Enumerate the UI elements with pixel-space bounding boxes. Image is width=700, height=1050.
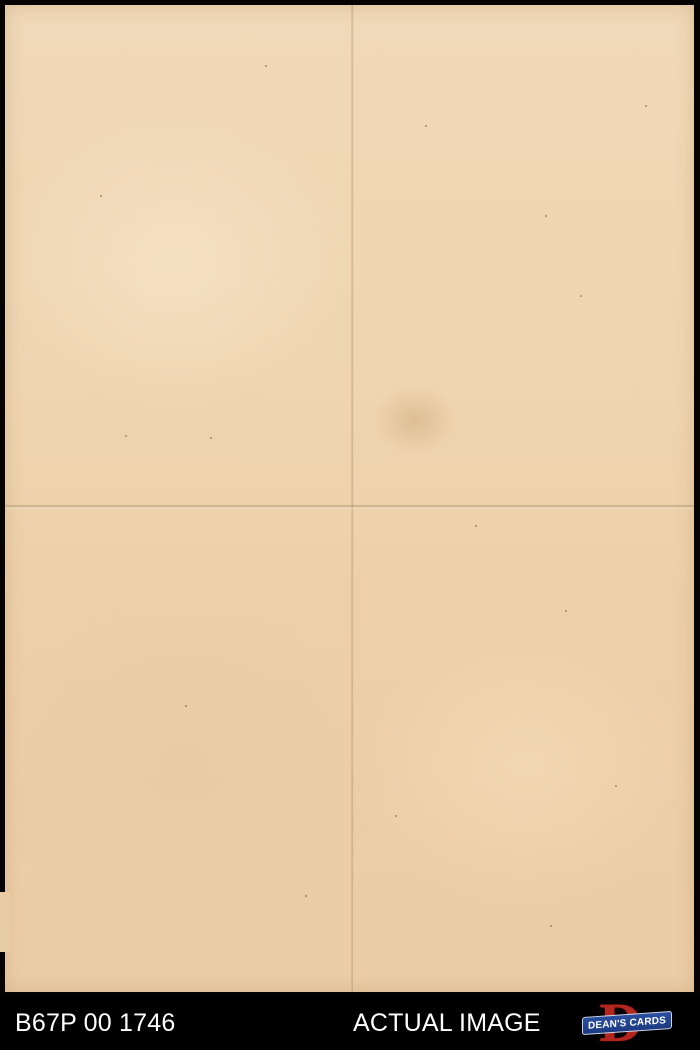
item-code: B67P 00 1746 (15, 1009, 175, 1038)
horizontal-fold-crease (5, 505, 694, 509)
paper-speck (395, 815, 397, 817)
folded-paper-sheet (5, 5, 694, 992)
paper-speck (565, 610, 567, 612)
paper-speck (475, 525, 477, 527)
vertical-fold-crease (351, 5, 354, 992)
actual-image-label: ACTUAL IMAGE (353, 1009, 541, 1038)
paper-speck (210, 437, 212, 439)
footer-bar: B67P 00 1746 ACTUAL IMAGE D DEAN'S CARDS (0, 995, 700, 1050)
paper-speck (580, 295, 582, 297)
paper-speck (185, 705, 187, 707)
paper-speck (100, 195, 102, 197)
logo-banner: DEAN'S CARDS (582, 1011, 672, 1035)
paper-speck (645, 105, 647, 107)
scan-area (0, 0, 700, 995)
paper-speck (305, 895, 307, 897)
paper-speck (550, 925, 552, 927)
paper-speck (265, 65, 267, 67)
paper-speck (425, 125, 427, 127)
paper-speck (545, 215, 547, 217)
paper-speck (125, 435, 127, 437)
deans-cards-logo: D DEAN'S CARDS (580, 1001, 675, 1045)
paper-corner-tab (0, 892, 10, 952)
paper-speck (615, 785, 617, 787)
